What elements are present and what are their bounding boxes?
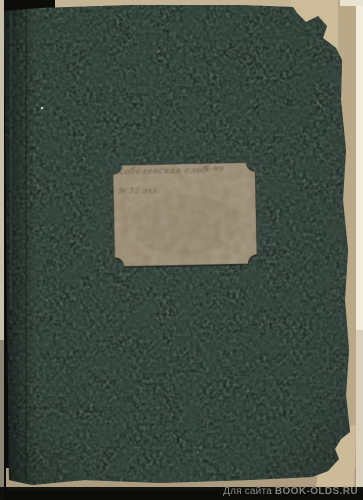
watermark-site: BOOK-OLDS.RU xyxy=(275,486,358,497)
handwriting-line2: № 32 экз. xyxy=(117,186,160,196)
watermark-prefix: Для сайта xyxy=(223,486,272,497)
watermark: Для сайта BOOK-OLDS.RU xyxy=(223,486,358,497)
handwriting-line1-right: 4-ми xyxy=(204,164,225,172)
spine xyxy=(4,5,36,485)
handwriting-line1: Кобелевская слоб. xyxy=(116,164,211,177)
paper-label: Кобелевская слоб. 4-ми № 32 экз. xyxy=(113,163,258,269)
book-photo: Кобелевская слоб. 4-ми № 32 экз. Для сай… xyxy=(0,0,363,500)
book-cover-art: Кобелевская слоб. 4-ми № 32 экз. xyxy=(0,0,363,500)
